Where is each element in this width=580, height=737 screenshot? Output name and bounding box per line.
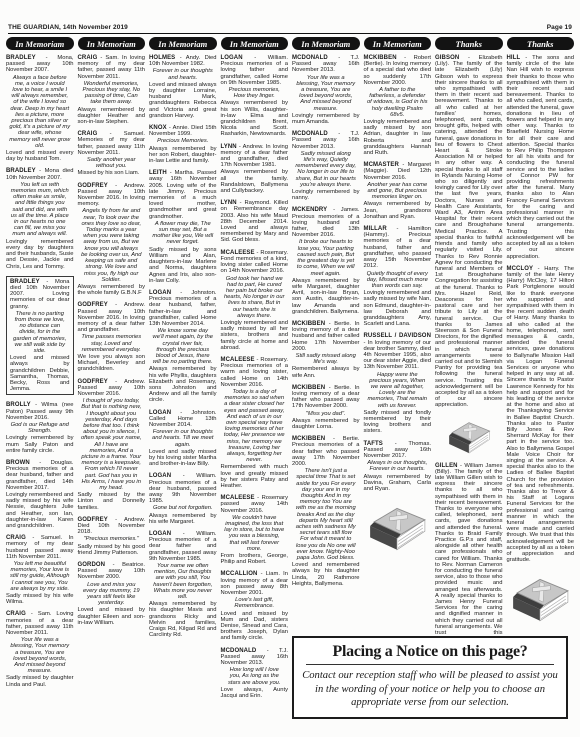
memorial-verse: How long will I love you, As long as the…: [221, 667, 289, 686]
notice-text: BROWN - Douglas. Precious memories of a …: [6, 460, 74, 491]
remembered-by: Lovingly remembered by mum Sally Paton a…: [6, 435, 74, 454]
notice-text: LOGAN - Johnston. Called Home 13th Novem…: [149, 410, 217, 429]
notice-entry: GODFREY - Andrew. Passed away 10th Novem…: [78, 379, 146, 511]
notice-entry: LOGAN - Johnston. Precious memories of a…: [149, 290, 217, 404]
notice-text: RUSSELL / DAVIDSON - In loving memory of…: [364, 333, 432, 370]
deceased-name: GODFREY: [78, 379, 108, 385]
deceased-name: LYNN: [221, 144, 237, 150]
notice-text: MCKIBBEN - Bertie. Precious memories of …: [292, 436, 360, 467]
notice-body: - Hamilton (Hammy). Precious memories of…: [364, 226, 432, 269]
notice-entry: LYNN - Andrew. In loving memory of a dea…: [221, 144, 289, 195]
remembered-by: Remembered always by wife Ann.: [292, 366, 360, 378]
remembered-by: Missed by his son Liam.: [78, 170, 146, 176]
deceased-name: HOLMES: [149, 55, 175, 61]
page-header: THE GUARDIAN, 14th November 2019 Page 19: [0, 0, 580, 31]
placing-notice-banner: Placing a Notice on this page? Contact o…: [292, 636, 568, 719]
notice-entry: MCKIBBEN - Bertie. In loving memory of a…: [292, 321, 360, 379]
notice-text: MCDONALD - T.J. Passed away 16th Novembe…: [292, 131, 360, 150]
memorial-verse: We know some day we'll meet again, by th…: [149, 328, 217, 365]
notice-entry: BRADLEY - Mona, passed away 10th Novembe…: [6, 55, 74, 162]
notice-entry: MCCLOY - Harry. The family of the late H…: [507, 266, 575, 564]
column-4: In MemoriamLOGAN - William. Precious mem…: [221, 37, 289, 705]
remembered-by: Sadly missed by his wife Wilma.: [6, 593, 74, 605]
deceased-name: BROLLY: [6, 402, 31, 408]
deceased-name: LOGAN: [149, 410, 171, 416]
memorial-verse: Precious Memories.: [149, 138, 217, 144]
deceased-name: LOGAN: [149, 290, 171, 296]
notice-entry: BRADLEY - Mona died 10th November 2007. …: [6, 276, 74, 396]
remembered-by: Loved and missed every day by husband To…: [6, 150, 74, 162]
remembered-by: Always remembered by his daughter Mavis …: [149, 601, 217, 638]
memorial-verse: There isn't just a special time That is …: [292, 468, 360, 561]
remembered-by: Always remembered by his son Willis, dau…: [221, 100, 289, 137]
deceased-name: MCKENDRY: [292, 207, 327, 213]
notice-entry: MCKENDRY - James. Precious memories of a…: [292, 207, 360, 314]
column-5: In MemoriamMCDONALD - T.J. Passed away 1…: [292, 37, 360, 705]
deceased-name: MCMASTER: [364, 162, 399, 168]
section-header-in-memoriam: In Memoriam: [149, 37, 217, 50]
deceased-name: LOGAN: [221, 55, 243, 61]
memorial-verse: Forever in our thoughts and hearts.: [149, 68, 217, 80]
deceased-name: MCKIBBEN: [292, 436, 325, 442]
notice-entry: TAFTS - Thomas. Passed away 16th Novembe…: [364, 441, 432, 493]
notice-text: LYNN - Andrew. In loving memory of a dea…: [221, 144, 289, 169]
deceased-name: GIBSON: [435, 55, 459, 61]
newspaper-page: { "colors":{"ink":"#1a1a1a","paper":"#fc…: [0, 0, 580, 737]
remembered-by: Lovingly remembered by mum Amanda.: [292, 113, 360, 125]
notice-text: MCDONALD - T.J. Passed away 16th Novembe…: [292, 55, 360, 74]
remembered-by: Always remembered by Jean, grandsons Jon…: [364, 201, 432, 220]
notice-entry: GODFREY - Andrew. Died 10th November 201…: [78, 517, 146, 556]
remembered-by: Always remembered by the whole family G.…: [78, 284, 146, 296]
notice-entry: BROWN - Douglas. Precious memories of a …: [6, 460, 74, 529]
notice-entry: MCDONALD - T.J. Passed away 16th Novembe…: [292, 131, 360, 201]
deceased-name: MCDONALD: [292, 131, 328, 137]
notice-text: LOGAN - William. Precious memories of a …: [149, 531, 217, 562]
notice-entry: LOGAN - William. Precious memories of a …: [149, 531, 217, 638]
notice-text: KNOX - Annie. Died 15th November 1999.: [149, 125, 217, 137]
notice-text: MCKIBBEN - Robert (Bertie). In loving me…: [364, 55, 432, 86]
remembered-by: Remembered with much love and greatly mi…: [221, 464, 289, 489]
notice-text: CRAIG - Sam. In loving memory of my dear…: [78, 55, 146, 80]
notice-entry: MCKIBBEN - Bertie. In loving memory of a…: [292, 385, 360, 430]
notice-text: CRAIG - Samuel. In memory of my dear hus…: [6, 535, 74, 560]
banner-divider: [306, 664, 554, 665]
deceased-name: MCALEESE: [221, 250, 255, 256]
notice-text: MCCLOY - Harry. The family of the late H…: [507, 266, 575, 564]
notice-entry: GODFREY - Andrew. Passed away 10th Novem…: [78, 183, 146, 297]
memorial-verse: Another year has come and gone, But prec…: [364, 182, 432, 201]
deceased-name: TAFTS: [364, 441, 383, 447]
notice-text: GORDON - Beatrice. Passed away 10th Nove…: [78, 562, 146, 581]
banner-body: Contact our reception staff who will be …: [301, 669, 559, 710]
deceased-name: BRADLEY: [10, 279, 40, 285]
remembered-by: Sadly missed by sons William and Alan, d…: [149, 247, 217, 284]
memorial-verse: It broke our hearts to lose you, Your pa…: [292, 239, 360, 276]
notice-entry: BROLLY - Wilma (nee Paton) Passed away 9…: [6, 402, 74, 454]
notice-text: BRADLEY - Mona died 10th November 2007. …: [10, 279, 70, 310]
notice-entry: MCKIBBEN - Robert (Bertie). In loving me…: [364, 55, 432, 156]
remembered-by: Loved and remembered always by his daugh…: [292, 562, 360, 587]
deceased-name: MCKIBBEN: [292, 321, 325, 327]
notice-body: - Martha. Passed away 16th November 2005…: [149, 170, 217, 219]
memorial-verse: Time passes memories stay, Loved and rem…: [78, 334, 146, 353]
bible-illustration: [364, 498, 432, 555]
memorial-verse: A flower may die, The sun may set, But a…: [149, 221, 217, 246]
remembered-by: Love always, Aunty Jacqui and Erin.: [221, 687, 289, 699]
memorial-verse: God is our Refuge and Strength.: [6, 422, 74, 434]
notice-entry: MCMASTER - Margaret (Maggie). Died 12th …: [364, 162, 432, 220]
deceased-name: GORDON: [78, 562, 106, 568]
remembered-by: Lovingly remembered and sadly missed by …: [221, 320, 289, 351]
memorial-verse: Your life was a blessing, Your memory a …: [6, 637, 74, 674]
deceased-name: BRADLEY: [6, 55, 36, 61]
notice-entry: CRAIG - Samuel. Memories of my dear fath…: [78, 131, 146, 176]
remembered-by: Always remembered by all the family. Ran…: [221, 169, 289, 194]
memorial-verse: Happy were the precious years, When we w…: [364, 372, 432, 409]
column-3: In MemoriamHOLMES - Andy. Died 10th Nove…: [149, 37, 217, 705]
deceased-name: MCKIBBEN: [292, 385, 325, 391]
memorial-verse: Forever in our thoughts and hearts. Till…: [149, 429, 217, 448]
section-header-in-memoriam: In Memoriam: [6, 37, 74, 50]
section-header-in-memoriam: In Memoriam: [292, 37, 360, 50]
remembered-by: Lovingly remembered by nanny.: [292, 189, 360, 201]
notice-text: HOLMES - Andy. Died 10th November 1982.: [149, 55, 217, 67]
notice-body: - William James (Billy). The family of t…: [435, 463, 503, 661]
notice-body: - The sons and family circle of the late…: [507, 55, 575, 260]
remembered-by: Loved and missed by daughter Eileen and …: [78, 607, 146, 626]
notice-body: - Elizabeth (Lily). The family of the la…: [435, 55, 503, 408]
notice-entry: BRADLEY - Mona died 10th November 2007.Y…: [6, 168, 74, 269]
deceased-name: LOGAN: [149, 531, 171, 537]
memorial-verse: We couldn't have imagined, the loss that…: [221, 515, 289, 552]
memorial-verse: Quietly thought of every day, Missed muc…: [364, 271, 432, 290]
memorial-verse: Your life was a blessing, Your memory a …: [292, 75, 360, 112]
notice-text: MCKIBBEN - Bertie. In loving memory of a…: [292, 385, 360, 410]
deceased-name: LOGAN: [149, 473, 171, 479]
remembered-by: Lovingly remembered and sadly missed by …: [6, 492, 74, 529]
deceased-name: CRAIG: [6, 535, 26, 541]
deceased-name: KNOX: [149, 125, 167, 131]
notice-entry: GIBSON - Elizabeth (Lily). The family of…: [435, 55, 503, 409]
memorial-verse: Precious memories, How they linger.: [221, 87, 289, 99]
notice-text: MILLAR - Hamilton (Hammy). Precious memo…: [364, 226, 432, 269]
deceased-name: MCCALLION: [221, 571, 258, 577]
notice-text: GODFREY - Andrew. Passed away 10th Novem…: [78, 302, 146, 333]
remembered-by: Loved and sadly missed by his loving sis…: [149, 449, 217, 468]
notice-entry: MCDONALD - T.J. Passed away 16th Novembe…: [221, 648, 289, 700]
memorial-verse: You left us with memories mum, which oft…: [6, 182, 74, 238]
notice-text: MCDONALD - T.J. Passed away 16th Novembe…: [221, 648, 289, 667]
notice-text: GODFREY - Andrew. Died 10th November 201…: [78, 517, 146, 536]
deceased-name: MCKIBBEN: [364, 55, 397, 61]
notice-body: - In loving memory of our dear brother S…: [364, 340, 432, 371]
notice-entry: LYNN - Raymond. Killed on Remembrance da…: [221, 200, 289, 243]
memorial-verse: Still sadly missed along life's way.: [292, 353, 360, 365]
notice-text: BRADLEY - Mona, passed away 10th Novembe…: [6, 55, 74, 74]
remembered-by: From brothers, George, Philip and Robert…: [221, 553, 289, 565]
notice-entry: MCDONALD - T.J. Passed away 16th Novembe…: [292, 55, 360, 125]
notice-entry: MCALEESE - Rosemary passed away 14th Nov…: [221, 495, 289, 565]
remembered-by: Lovingly remembered and sadly missed by …: [364, 119, 432, 156]
notice-entry: LEITH - Martha. Passed away 16th Novembe…: [149, 170, 217, 284]
remembered-by: Always remembered by Davina, Graham, Car…: [364, 474, 432, 493]
notice-body: - Johnston. Precious memories of a dear …: [149, 290, 217, 327]
memorial-verse: Always in our thoughts, Forever in our h…: [364, 460, 432, 472]
column-2: In MemoriamCRAIG - Sam. In loving memory…: [78, 37, 146, 705]
memorial-verse: You left me beautiful memories, Your lov…: [6, 561, 74, 592]
remembered-by: Always remembered by his wife Margaret.: [149, 513, 217, 525]
notice-text: HILL - The sons and family circle of the…: [507, 55, 575, 260]
deceased-name: CRAIG: [6, 611, 26, 617]
masthead-date: THE GUARDIAN, 14th November 2019: [8, 24, 128, 31]
remembered-by: Always remembered by daughter Lorna.: [292, 418, 360, 430]
notice-text: MCMASTER - Margaret (Maggie). Died 12th …: [364, 162, 432, 181]
memorial-verse: Love and miss you every day mummy, 19 ye…: [78, 582, 146, 607]
notice-text: GODFREY - Andrew. Passed away 10th Novem…: [78, 183, 146, 208]
notice-entry: GORDON - Beatrice. Passed away 10th Nove…: [78, 562, 146, 626]
notice-text: GODFREY - Andrew. Passed away 10th Novem…: [78, 379, 146, 398]
notice-text: MCALEESE - Rosemary passed away 14th Nov…: [221, 495, 289, 514]
banner-title: Placing a Notice on this page?: [301, 643, 559, 661]
notice-text: TAFTS - Thomas. Passed away 16th Novembe…: [364, 441, 432, 460]
memorial-verse: Always a face before me, a voice I would…: [6, 75, 74, 149]
remembered-by: Sadly missed by daughter Linda and Paul.: [6, 675, 74, 687]
column-7: ThanksGIBSON - Elizabeth (Lily). The fam…: [435, 37, 503, 705]
notice-entry: CRAIG - Samuel. In memory of my dear hus…: [6, 535, 74, 605]
memorial-verse: A father to the fatherless, a defender o…: [364, 87, 432, 118]
deceased-name: BROWN: [6, 460, 30, 466]
remembered-by: We love you always son Michael, Beverley…: [78, 354, 146, 373]
notice-entry: HILL - The sons and family circle of the…: [507, 55, 575, 260]
notice-text: MCALEESE - Rosemary. Fond memories of a …: [221, 250, 289, 275]
memorial-verse: Today is a day of memories so sad when a…: [221, 389, 289, 463]
deceased-name: HILL: [507, 55, 521, 61]
notice-text: CRAIG - Samuel. Memories of my dear fath…: [78, 131, 146, 156]
notice-text: MCALEESE - Rosemary. Precious memories o…: [221, 357, 289, 388]
notice-entry: MCKIBBEN - Bertie. Precious memories of …: [292, 436, 360, 587]
deceased-name: MILLAR: [364, 226, 387, 232]
column-8: ThanksHILL - The sons and family circle …: [507, 37, 575, 705]
deceased-name: MCALEESE: [221, 495, 255, 501]
memorial-verse: Sadly missed along life's way, Quietly r…: [292, 151, 360, 188]
remembered-by: Always remembered by his wife Phyllis, d…: [149, 366, 217, 403]
notice-text: BRADLEY - Mona died 10th November 2007.: [6, 168, 74, 180]
remembered-by: Always remembered by wife Margaret, daug…: [292, 278, 360, 315]
remembered-by: Sadly missed and fondly remembered by th…: [364, 410, 432, 435]
deceased-name: MCDONALD: [292, 55, 328, 61]
deceased-name: GODFREY: [78, 183, 108, 189]
notice-entry: MCALEESE - Rosemary. Precious memories o…: [221, 357, 289, 489]
bible-illustration: [507, 569, 575, 626]
section-header-in-memoriam: In Memoriam: [221, 37, 289, 50]
column-6: In MemoriamMCKIBBEN - Robert (Bertie). I…: [364, 37, 432, 705]
deceased-name: MCDONALD: [221, 648, 257, 654]
notice-entry: RUSSELL / DAVIDSON - In loving memory of…: [364, 333, 432, 434]
memorial-verse: There is no parting from those we love, …: [10, 311, 70, 354]
remembered-by: Sadly missed by his good friend Jimmy Pa…: [78, 544, 146, 556]
notice-entry: LOGAN - William. Precious memories of a …: [149, 473, 217, 525]
notice-text: MCKIBBEN - Bertie. In loving memory of a…: [292, 321, 360, 352]
notice-text: BROLLY - Wilma (nee Paton) Passed away 9…: [6, 402, 74, 421]
notice-entry: MCCALLION - Liam. In loving memory of a …: [221, 571, 289, 641]
memorial-verse: Your name we often mention, Our thoughts…: [149, 563, 217, 600]
columns: In MemoriamBRADLEY - Mona, passed away 1…: [0, 34, 580, 705]
memorial-verse: God took her hand we had to part, He cur…: [221, 276, 289, 319]
notice-text: LOGAN - William. Precious memories of a …: [149, 473, 217, 504]
memorial-verse: Love's last gift, Remembrance.: [221, 597, 289, 609]
notice-entry: CRAIG - Sam. Loving memories of a dear f…: [6, 611, 74, 687]
deceased-name: LYNN: [221, 200, 237, 206]
bible-illustration: [435, 415, 503, 457]
remembered-by: Sadly missed by the Linton and Donnelly …: [78, 492, 146, 511]
notice-text: GILLEN - William James (Billy). The fami…: [435, 463, 503, 662]
remembered-by: Loved and missed always by grandchildren…: [10, 355, 70, 392]
page-number: Page 19: [547, 24, 572, 31]
deceased-name: BRADLEY: [6, 168, 36, 174]
notice-text: LOGAN - William. Precious memories of a …: [221, 55, 289, 86]
memorial-verse: I thought of you today, But that is noth…: [78, 398, 146, 491]
memorial-verse: Gone but not forgotten.: [149, 505, 217, 511]
section-header-thanks: Thanks: [507, 37, 575, 50]
notice-body: - Raymond. Killed on Remembrance day 200…: [221, 200, 289, 243]
notice-text: MCCALLION - Liam. In loving memory of a …: [221, 571, 289, 596]
deceased-name: RUSSELL / DAVIDSON: [364, 333, 432, 339]
notice-entry: LOGAN - Johnston. Called Home 13th Novem…: [149, 410, 217, 468]
deceased-name: MCCLOY: [507, 266, 534, 272]
notice-text: CRAIG - Sam. Loving memories of a dear f…: [6, 611, 74, 636]
section-header-in-memoriam: In Memoriam: [78, 37, 146, 50]
memorial-verse: "Precious memories.": [78, 536, 146, 542]
notice-text: LYNN - Raymond. Killed on Remembrance da…: [221, 200, 289, 243]
notice-text: LEITH - Martha. Passed away 16th Novembe…: [149, 170, 217, 220]
notice-entry: MCALEESE - Rosemary. Fond memories of a …: [221, 250, 289, 351]
remembered-by: Always remembered by daughter Heather an…: [78, 107, 146, 126]
remembered-by: Lovingly remembered every day by daughte…: [6, 239, 74, 270]
notice-entry: GILLEN - William James (Billy). The fami…: [435, 463, 503, 662]
deceased-name: GODFREY: [78, 517, 108, 523]
notice-entry: KNOX - Annie. Died 15th November 1999.Pr…: [149, 125, 217, 164]
deceased-name: MCALEESE: [221, 357, 255, 363]
notice-entry: CRAIG - Sam. In loving memory of my dear…: [78, 55, 146, 125]
notice-text: GIBSON - Elizabeth (Lily). The family of…: [435, 55, 503, 409]
deceased-name: CRAIG: [78, 55, 98, 61]
memorial-verse: Wonderful memories, Precious they stay, …: [78, 81, 146, 106]
section-header-in-memoriam: In Memoriam: [364, 37, 432, 50]
notice-body: - Harry. The family of the late Henry (H…: [507, 266, 575, 564]
notice-entry: GODFREY - Andrew. Passed away 10th Novem…: [78, 302, 146, 372]
notice-text: MCKENDRY - James. Precious memories of a…: [292, 207, 360, 238]
notice-entry: LOGAN - William. Precious memories of a …: [221, 55, 289, 138]
memorial-verse: Sadly another year without you.: [78, 157, 146, 169]
deceased-name: LEITH: [149, 170, 167, 176]
memorial-verse: "Miss you dad".: [292, 411, 360, 417]
notice-text: LOGAN - Johnston. Precious memories of a…: [149, 290, 217, 327]
remembered-by: Always remembered by her son Robert, dau…: [149, 146, 217, 165]
deceased-name: GODFREY: [78, 302, 108, 308]
remembered-by: Loved and missed always by daughter Lorr…: [149, 82, 217, 119]
memorial-verse: Angels fly from far and near, To look ov…: [78, 208, 146, 282]
deceased-name: GILLEN: [435, 463, 458, 469]
notice-entry: HOLMES - Andy. Died 10th November 1982.F…: [149, 55, 217, 119]
deceased-name: CRAIG: [78, 131, 98, 137]
remembered-by: Lovingly remembered and sadly missed by …: [364, 290, 432, 327]
column-1: In MemoriamBRADLEY - Mona, passed away 1…: [6, 37, 74, 705]
remembered-by: Loved and missed by Mum and Dad, sisters…: [221, 611, 289, 642]
section-header-thanks: Thanks: [435, 37, 503, 50]
notice-entry: MILLAR - Hamilton (Hammy). Precious memo…: [364, 226, 432, 327]
